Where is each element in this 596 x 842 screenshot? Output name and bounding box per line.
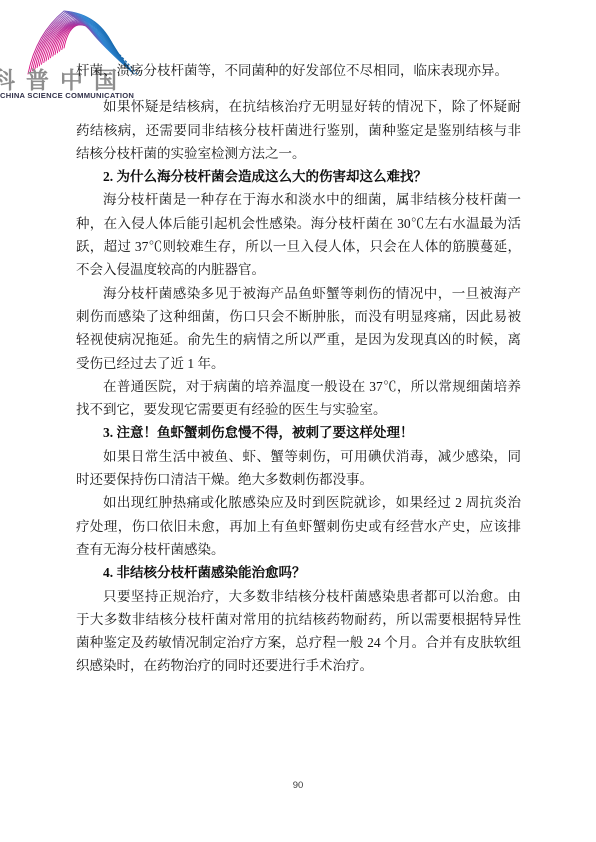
paragraph: 只要坚持正规治疗，大多数非结核分枝杆菌感染患者都可以治愈。由于大多数非结核分枝杆… bbox=[76, 585, 521, 678]
paragraph: 如出现红肿热痛或化脓感染应及时到医院就诊，如果经过 2 周抗炎治疗处理，伤口依旧… bbox=[76, 491, 521, 561]
page-number: 90 bbox=[0, 780, 596, 791]
document-page: 科普中国 CHINA SCIENCE COMMUNICATION 杆菌、溃疡分枝… bbox=[0, 0, 596, 842]
section-heading-3: 3. 注意！鱼虾蟹刺伤怠慢不得，被刺了要这样处理！ bbox=[76, 421, 521, 444]
paragraph: 在普通医院，对于病菌的培养温度一般设在 37℃，所以常规细菌培养找不到它，要发现… bbox=[76, 375, 521, 422]
section-heading-2: 2. 为什么海分枝杆菌会造成这么大的伤害却这么难找？ bbox=[76, 165, 521, 188]
paragraph: 如果怀疑是结核病，在抗结核治疗无明显好转的情况下，除了怀疑耐药结核病，还需要同非… bbox=[76, 95, 521, 165]
paragraph: 海分枝杆菌感染多见于被海产品鱼虾蟹等刺伤的情况中，一旦被海产刺伤而感染了这种细菌… bbox=[76, 282, 521, 375]
paragraph: 如果日常生活中被鱼、虾、蟹等刺伤，可用碘伏消毒，减少感染，同时还要保持伤口清洁干… bbox=[76, 445, 521, 492]
paragraph: 海分枝杆菌是一种存在于海水和淡水中的细菌，属非结核分枝杆菌一种，在入侵人体后能引… bbox=[76, 188, 521, 281]
document-body: 杆菌、溃疡分枝杆菌等，不同菌种的好发部位不尽相同，临床表现亦异。 如果怀疑是结核… bbox=[76, 59, 521, 678]
paragraph: 杆菌、溃疡分枝杆菌等，不同菌种的好发部位不尽相同，临床表现亦异。 bbox=[76, 59, 521, 82]
section-heading-4: 4. 非结核分枝杆菌感染能治愈吗？ bbox=[76, 561, 521, 584]
